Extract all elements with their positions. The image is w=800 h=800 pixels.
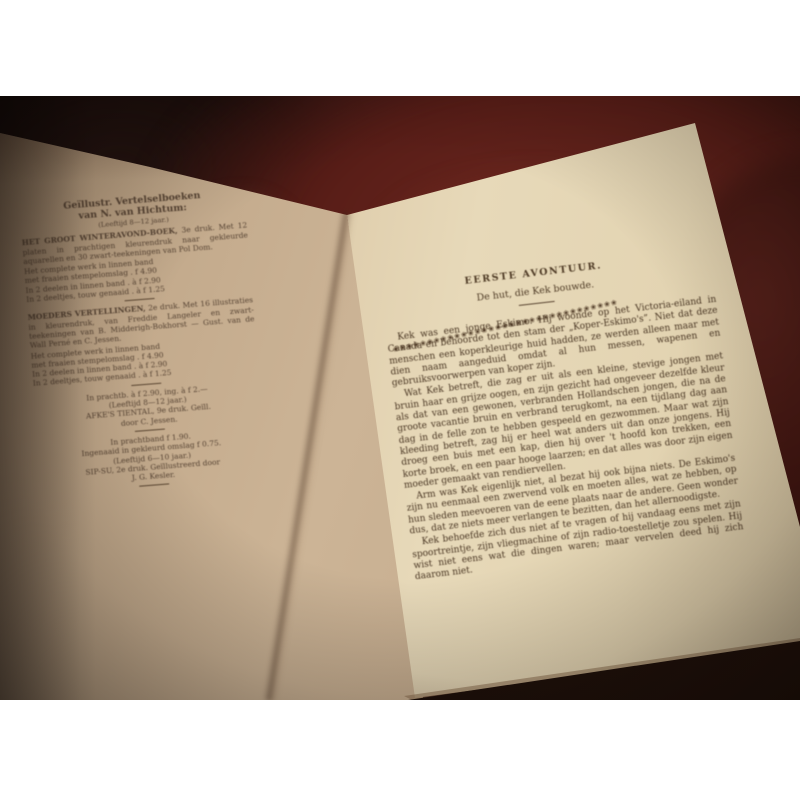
advert-section4: In prachtband f 1.90.Ingenaaid in gekleu…: [38, 426, 267, 490]
section-rule: [135, 428, 165, 431]
section-rule: [139, 484, 169, 487]
chapter-body-text: Kek was een jonge Eskimo. Hij woonde op …: [386, 295, 746, 585]
chapter-rule: [519, 301, 555, 306]
left-page-advertisement: Geïllustr. Vertelselboeken van N. van Hi…: [19, 187, 267, 499]
section-rule: [131, 382, 161, 385]
book-photo: Geïllustr. Vertelselboeken van N. van Hi…: [0, 96, 800, 700]
advert-section3: In prachtb. à f 2.90, ing. à f 2.—(Leeft…: [34, 380, 262, 435]
section-rule: [125, 298, 155, 301]
